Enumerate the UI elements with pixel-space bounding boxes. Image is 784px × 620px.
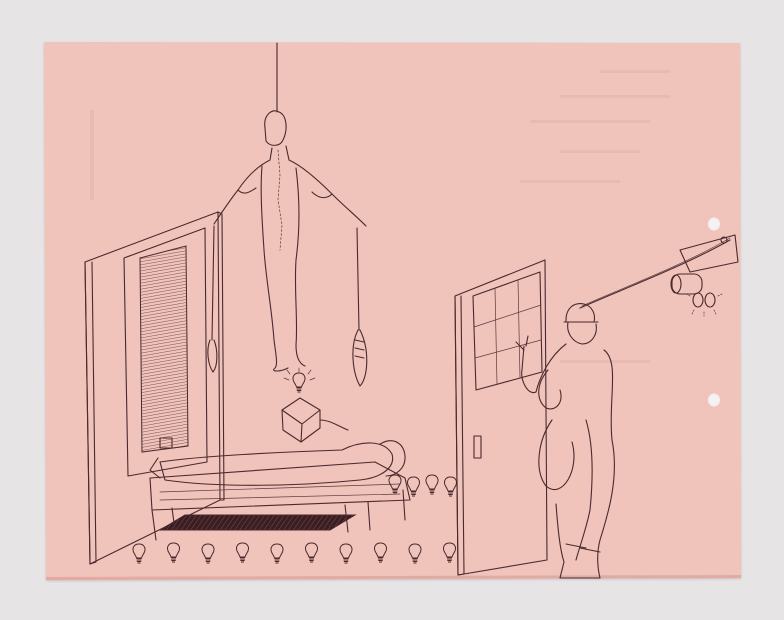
artwork-canvas <box>0 0 784 620</box>
rug <box>160 515 355 530</box>
